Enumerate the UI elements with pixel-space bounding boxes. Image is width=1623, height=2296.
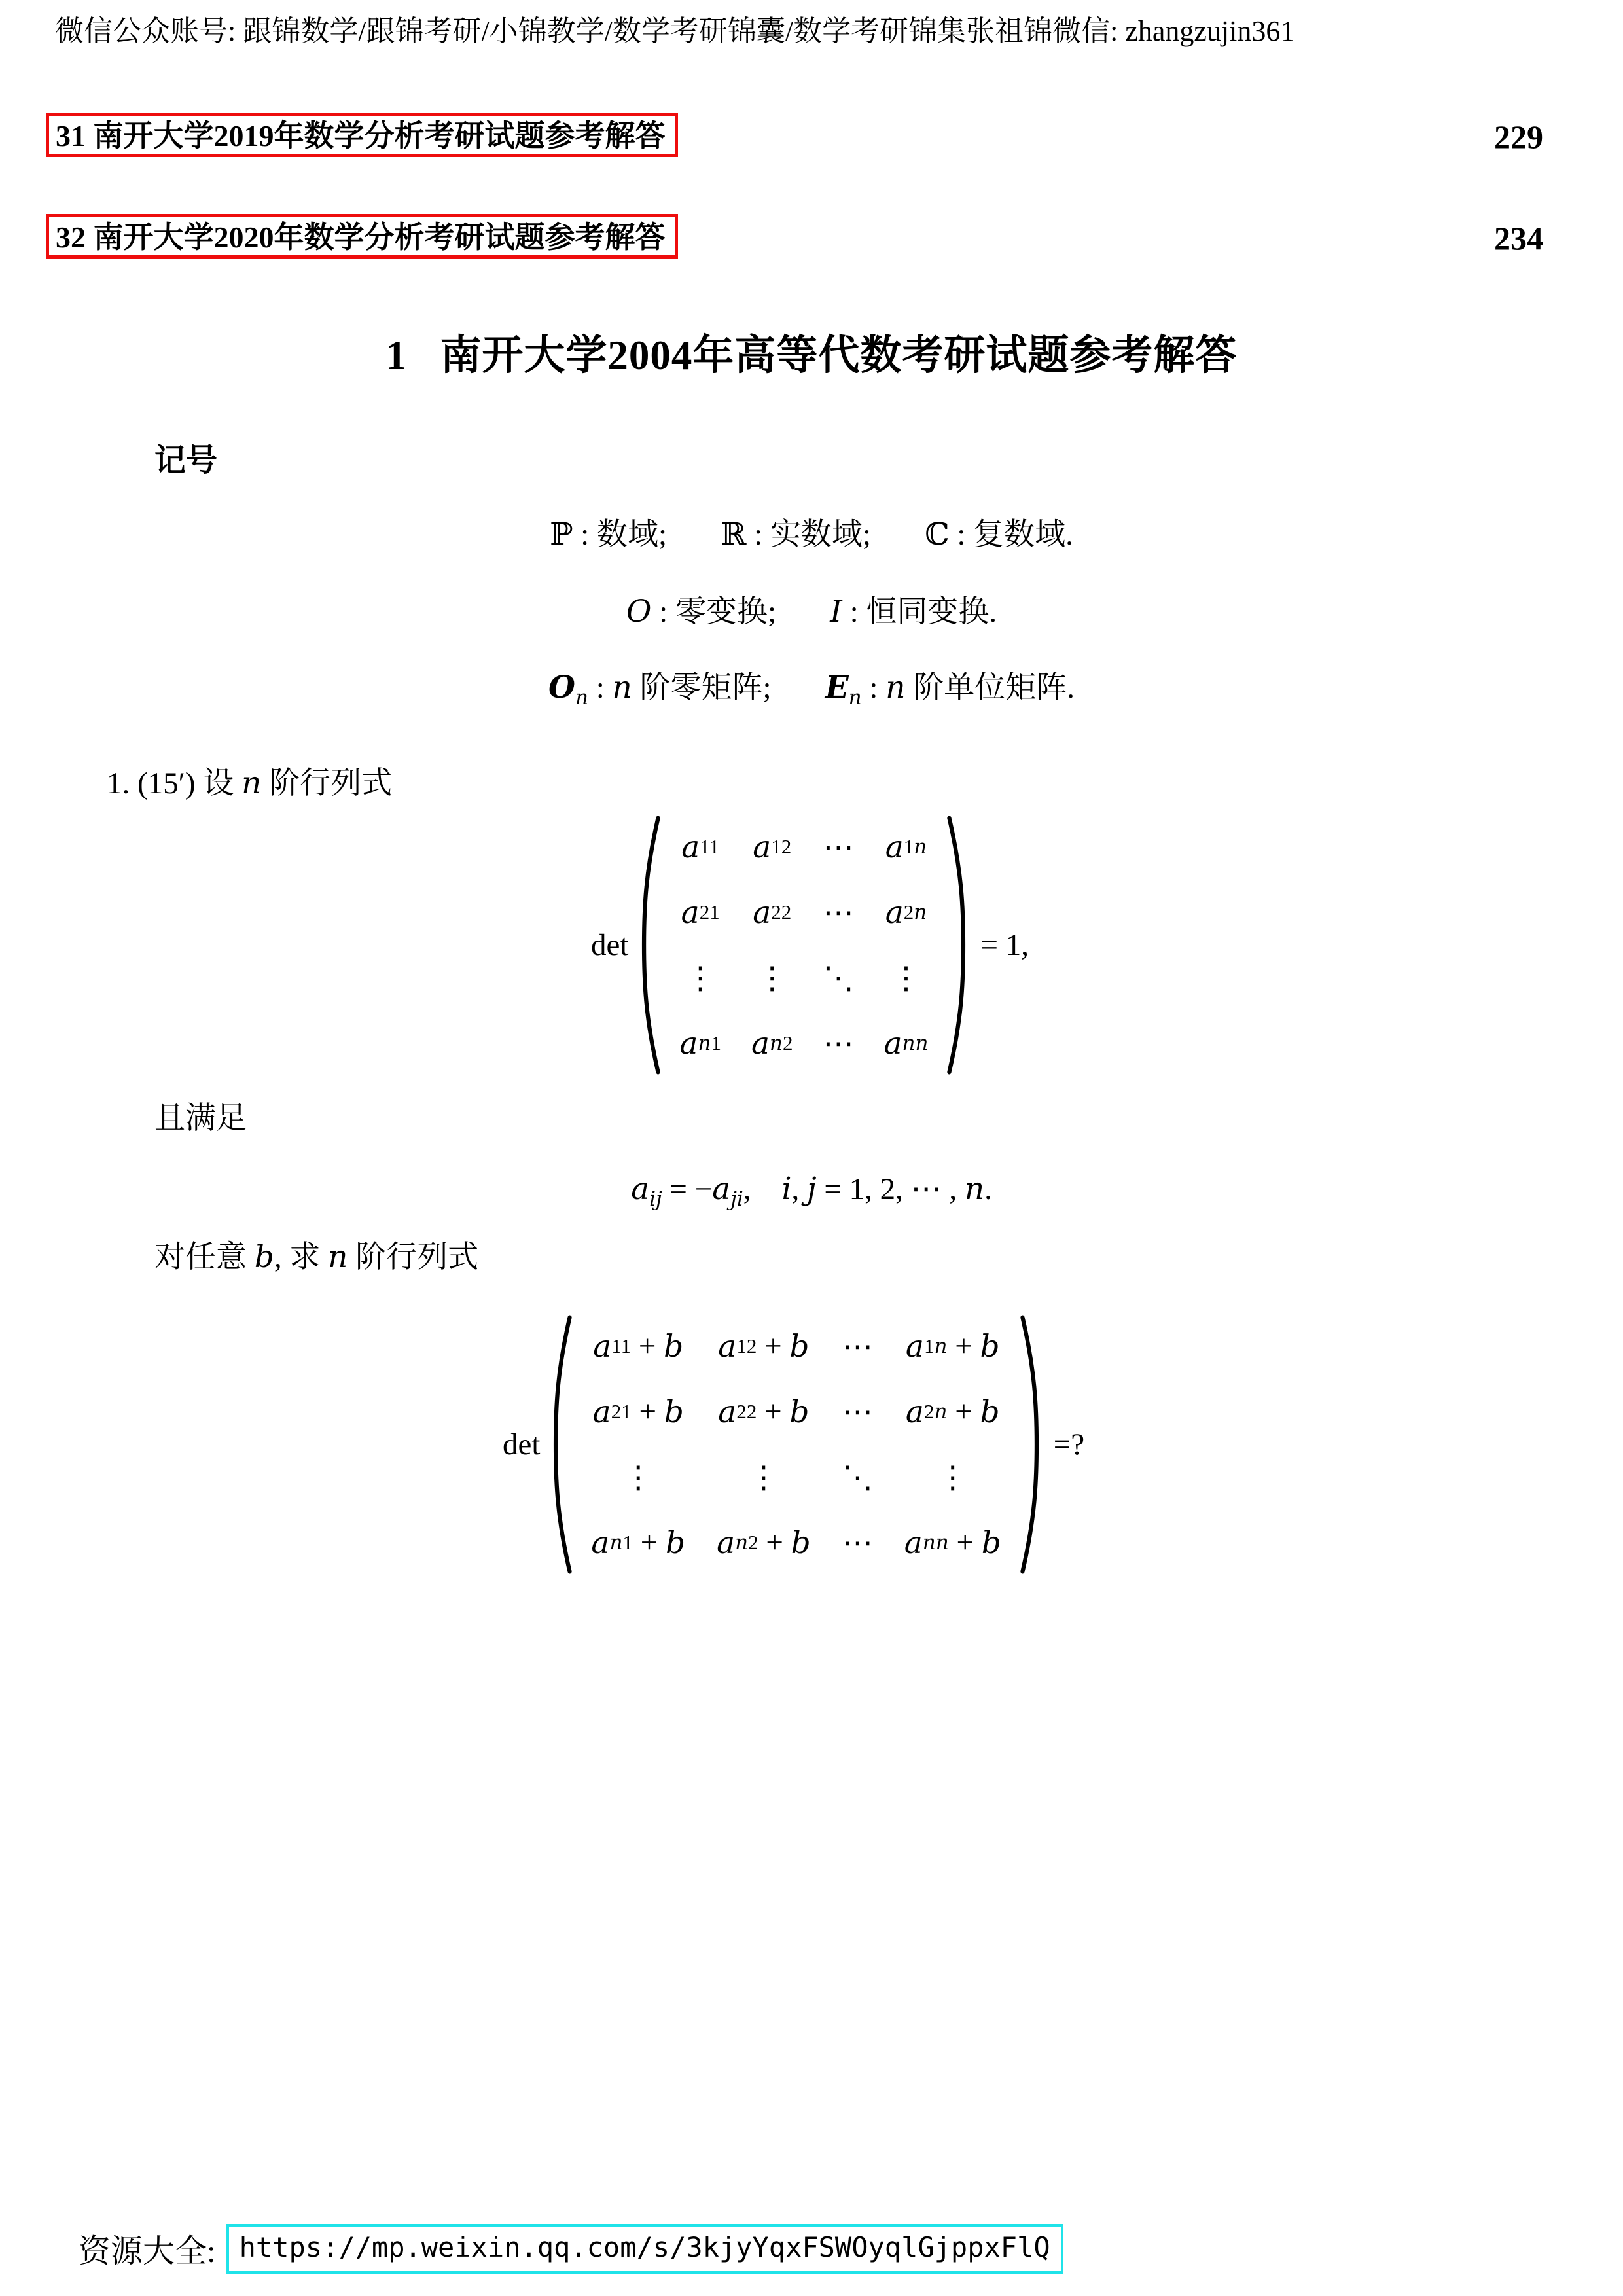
matrix-cell: ⋮ [623,1444,654,1510]
matrix-cell: ⋯ [823,1011,853,1076]
notation-line-number-fields: ℙ : 数域; ℝ : 实数域; ℂ : 复数域. [0,516,1623,554]
matrix-cell: ann [883,1011,928,1076]
matrix-cell: ⋮ [748,1444,779,1510]
matrix-cell: a22 [753,880,791,945]
left-paren [639,814,661,1077]
notation-heading: 记号 [154,442,217,479]
equation-2-rhs: =? [1054,1427,1084,1462]
determinant-equation-2: det a11 + ba12 + b⋯a1n + ba21 + ba22 + b… [503,1313,1084,1576]
matrix-cell: a21 [681,880,720,945]
matrix-cell: ⋱ [842,1444,873,1510]
toc-entry-32[interactable]: 32 南开大学2020年数学分析考研试题参考解答 [46,214,678,259]
determinant-equation-1: det a11a12⋯a1na21a22⋯a2n⋮⋮⋱⋮an1an2⋯ann =… [591,814,1029,1077]
matrix-cell: an1 [679,1011,721,1076]
equation-1-rhs: = 1, [980,927,1029,963]
matrix-cell: ⋮ [757,945,787,1011]
matrix-cell: a12 + b [718,1314,809,1379]
page-footer: 资源大全: https://mp.weixin.qq.com/s/3kjyYqx… [79,2224,1063,2274]
toc-entry-32-label: 32 南开大学2020年数学分析考研试题参考解答 [56,213,666,257]
toc-entry-31-label: 31 南开大学2019年数学分析考研试题参考解答 [56,112,666,155]
page-header: 微信公众账号: 跟锦数学/跟锦考研/小锦教学/数学考研锦囊/数学考研锦集张祖锦微… [55,14,1294,48]
det-operator: det [503,1427,540,1462]
question-intro: 对任意 b, 求 n 阶行列式 [154,1238,478,1276]
right-paren [946,814,969,1077]
matrix-cell: a1n [885,814,927,880]
matrix-cell: an2 + b [717,1510,811,1575]
left-paren [550,1313,573,1576]
matrix-cell: a12 [753,814,791,880]
matrix-cell: a21 + b [593,1379,684,1444]
matrix-cell: ⋯ [842,1314,873,1379]
matrix-1: a11a12⋯a1na21a22⋯a2n⋮⋮⋱⋮an1an2⋯ann [661,814,946,1076]
resource-link[interactable]: https://mp.weixin.qq.com/s/3kjyYqxFSWOyq… [226,2224,1063,2274]
matrix-cell: ⋮ [685,945,716,1011]
condition-equation: aij = −aji, i, j = 1, 2, ⋯ , n. [0,1170,1623,1208]
footer-label: 资源大全: [79,2226,216,2272]
toc-page-number-229: 229 [1494,120,1543,153]
notation-line-transforms: O : 零变换; I : 恒同变换. [0,593,1623,631]
matrix-cell: a2n [885,880,927,945]
matrix-cell: ⋮ [891,945,921,1011]
matrix-cell: ⋯ [842,1379,873,1444]
matrix-cell: ⋱ [823,945,853,1011]
matrix-cell: a22 + b [718,1379,809,1444]
matrix-cell: a1n + b [906,1314,1000,1379]
matrix-2: a11 + ba12 + b⋯a1n + ba21 + ba22 + b⋯a2n… [573,1314,1019,1575]
toc-page-number-234: 234 [1494,222,1543,255]
matrix-cell: ⋮ [937,1444,968,1510]
matrix-cell: an1 + b [591,1510,685,1575]
matrix-cell: a2n + b [906,1379,1000,1444]
section-title: 1 南开大学2004年高等代数考研试题参考解答 [0,331,1623,380]
toc-entry-31[interactable]: 31 南开大学2019年数学分析考研试题参考解答 [46,113,678,157]
problem-1-statement: 1. (15′) 设 n 阶行列式 [107,764,392,802]
right-paren [1020,1313,1042,1576]
matrix-cell: ⋯ [823,880,853,945]
matrix-cell: ann + b [904,1510,1001,1575]
notation-line-matrices: On : n 阶零矩阵; En : n 阶单位矩阵. [0,669,1623,707]
matrix-cell: ⋯ [823,814,853,880]
matrix-cell: a11 [681,814,719,880]
det-operator: det [591,927,628,963]
matrix-cell: ⋯ [842,1510,873,1575]
matrix-cell: a11 + b [593,1314,683,1379]
matrix-cell: an2 [751,1011,793,1076]
condition-intro: 且满足 [154,1100,247,1138]
